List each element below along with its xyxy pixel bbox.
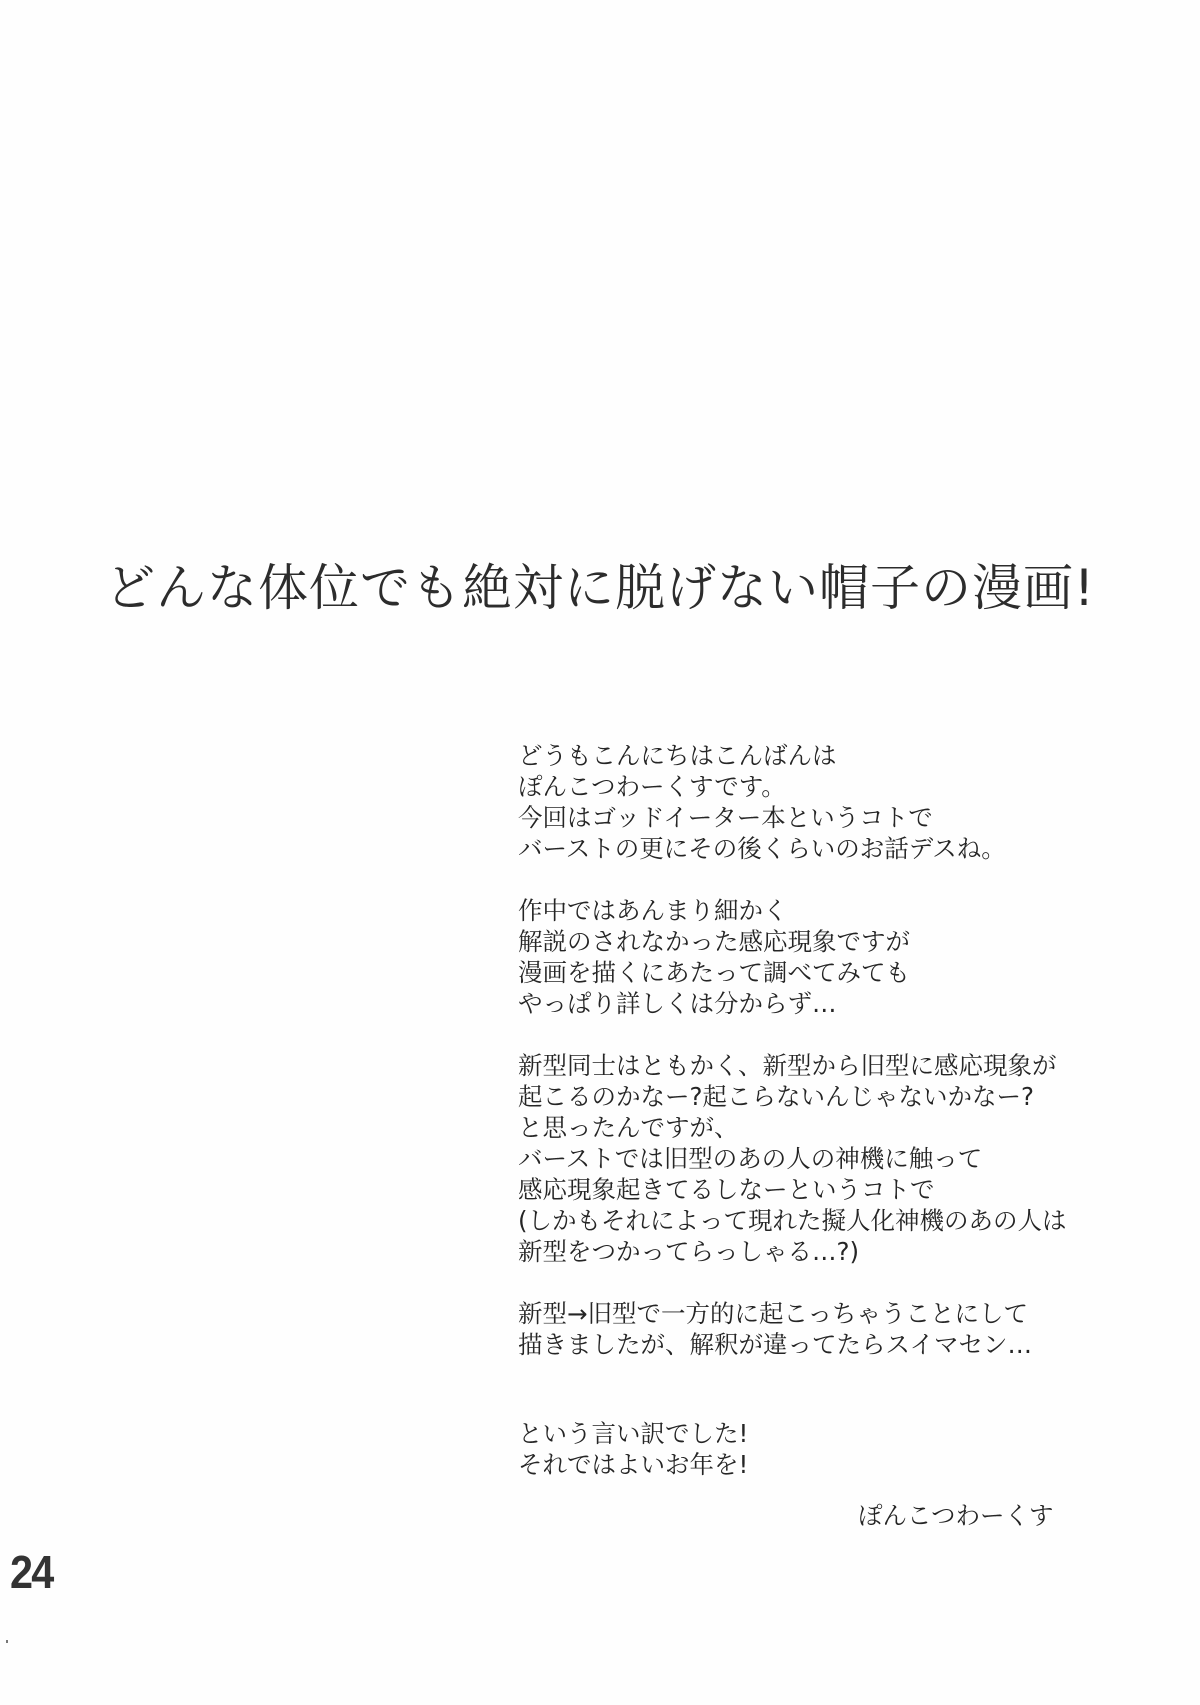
text-line: 漫画を描くにあたって調べてみても bbox=[518, 957, 1067, 988]
text-line: 新型をつかってらっしゃる…?) bbox=[518, 1236, 1067, 1267]
paragraph-explanation: 新型同士はともかく、新型から旧型に感応現象が 起こるのかなー?起こらないんじゃな… bbox=[518, 1050, 1067, 1267]
text-line: 新型→旧型で一方的に起こっちゃうことにして bbox=[518, 1298, 1067, 1329]
page-number: 24 bbox=[10, 1545, 52, 1599]
paragraph-research: 作中ではあんまり細かく 解説のされなかった感応現象ですが 漫画を描くにあたって調… bbox=[518, 895, 1067, 1019]
paragraph-greeting: どうもこんにちはこんばんは ぽんこつわーくすです。 今回はゴッドイーター本という… bbox=[518, 740, 1067, 864]
text-line: という言い訳でした! bbox=[518, 1418, 748, 1449]
scan-speck bbox=[6, 1640, 8, 1643]
text-line: どうもこんにちはこんばんは bbox=[518, 740, 1067, 771]
paragraph-apology: 新型→旧型で一方的に起こっちゃうことにして 描きましたが、解釈が違ってたらスイマ… bbox=[518, 1298, 1067, 1360]
author-signature: ぽんこつわーくす bbox=[858, 1497, 1054, 1532]
text-line: バーストでは旧型のあの人の神機に触って bbox=[518, 1143, 1067, 1174]
afterword-body: どうもこんにちはこんばんは ぽんこつわーくすです。 今回はゴッドイーター本という… bbox=[518, 740, 1067, 1391]
text-line: 感応現象起きてるしなーというコトで bbox=[518, 1174, 1067, 1205]
closing-remarks: という言い訳でした! それではよいお年を! bbox=[518, 1418, 748, 1480]
text-line: バーストの更にその後くらいのお話デスね。 bbox=[518, 833, 1067, 864]
text-line: と思ったんですが、 bbox=[518, 1112, 1067, 1143]
text-line: 新型同士はともかく、新型から旧型に感応現象が bbox=[518, 1050, 1067, 1081]
text-line: 解説のされなかった感応現象ですが bbox=[518, 926, 1067, 957]
text-line: やっぱり詳しくは分からず… bbox=[518, 988, 1067, 1019]
text-line: (しかもそれによって現れた擬人化神機のあの人は bbox=[518, 1205, 1067, 1236]
text-line: 作中ではあんまり細かく bbox=[518, 895, 1067, 926]
text-line: ぽんこつわーくすです。 bbox=[518, 771, 1067, 802]
page-title: どんな体位でも絶対に脱げない帽子の漫画! bbox=[0, 548, 1200, 620]
text-line: それではよいお年を! bbox=[518, 1449, 748, 1480]
text-line: 今回はゴッドイーター本というコトで bbox=[518, 802, 1067, 833]
text-line: 起こるのかなー?起こらないんじゃないかなー? bbox=[518, 1081, 1067, 1112]
text-line: 描きましたが、解釈が違ってたらスイマセン… bbox=[518, 1329, 1067, 1360]
